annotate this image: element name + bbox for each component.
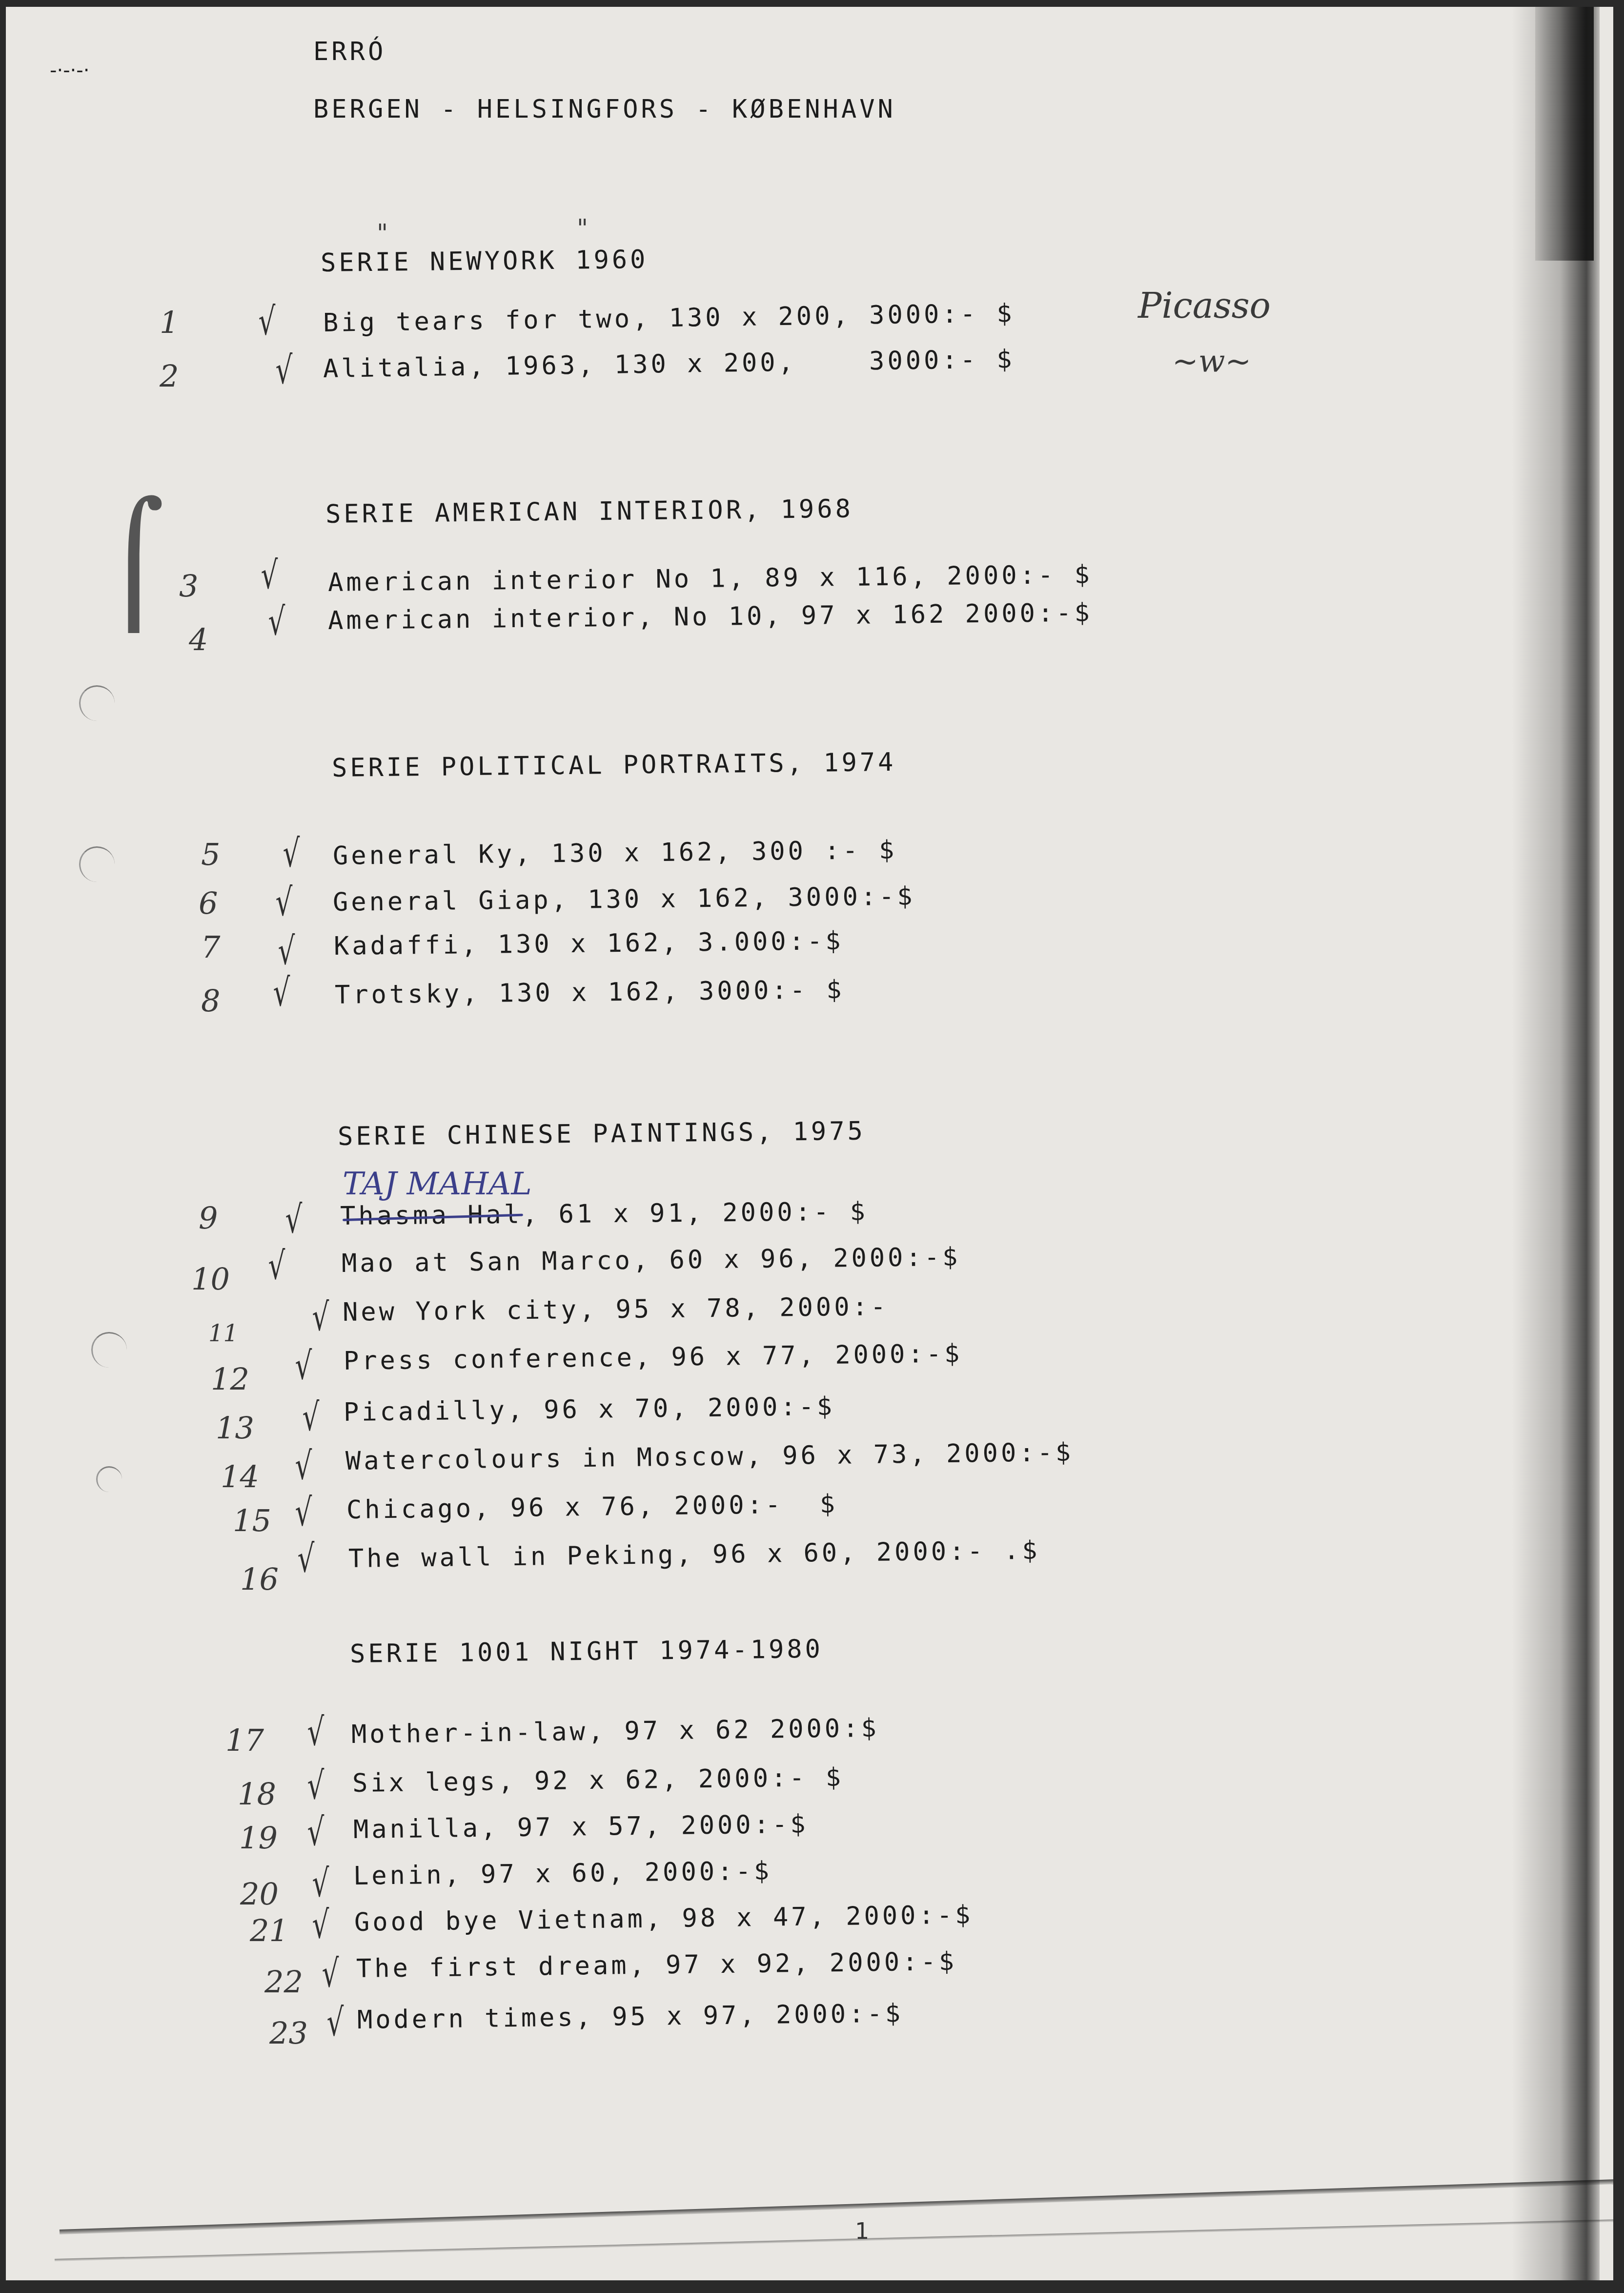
item-number: 3 [179, 568, 198, 604]
checkmark-icon: √ [307, 1710, 324, 1754]
artwork-entry: Modern times, 95 x 97, 2000:-$ [357, 1999, 904, 2035]
item-number: 9 [199, 1200, 218, 1236]
checkmark-icon: √ [283, 832, 300, 876]
artwork-entry: Chicago, 96 x 76, 2000:- $ [346, 1490, 838, 1525]
series-title: SERIE AMERICAN INTERIOR, 1968 [325, 494, 853, 529]
item-number: 10 [191, 1261, 230, 1297]
item-number: 15 [233, 1503, 271, 1538]
taj-mahal-correction: TAJ MAHAL [343, 1166, 532, 1202]
item-number: 22 [264, 1964, 303, 2000]
artwork-entry: Kadaffi, 130 x 162, 3.000:-$ [334, 926, 844, 961]
item-number: 6 [199, 885, 218, 921]
checkmark-icon: √ [307, 1810, 324, 1854]
artwork-entry: Good bye Vietnam, 98 x 47, 2000:-$ [354, 1901, 974, 1937]
artwork-entry: Trotsky, 130 x 162, 3000:- $ [335, 975, 845, 1010]
item-number: 4 [189, 622, 208, 657]
checkmark-icon: √ [261, 553, 278, 597]
checkmark-icon: √ [278, 929, 295, 973]
punch-hole [91, 1332, 127, 1368]
checkmark-icon: √ [312, 1295, 329, 1339]
series-title: SERIE POLITICAL PORTRAITS, 1974 [332, 748, 896, 783]
checkmark-icon: √ [322, 1952, 339, 1996]
item-number: 5 [201, 837, 220, 872]
artwork-entry: Manilla, 97 x 57, 2000:-$ [353, 1810, 809, 1844]
artwork-entry: Watercolours in Moscow, 96 x 73, 2000:-$ [345, 1438, 1074, 1476]
artwork-entry: Thasma Hal, 61 x 91, 2000:- $ [340, 1197, 868, 1231]
artwork-entry: Big tears for two, 130 x 200, 3000:- $ [323, 299, 1015, 338]
item-number: 14 [221, 1459, 259, 1495]
checkmark-icon: √ [307, 1764, 324, 1808]
artwork-entry: The first dream, 97 x 92, 2000:-$ [356, 1947, 957, 1984]
punch-hole [79, 685, 115, 721]
artwork-entry: American interior, No 10, 97 x 162 2000:… [328, 598, 1093, 635]
checkmark-icon: √ [326, 2001, 344, 2045]
artwork-entry: Picadilly, 96 x 70, 2000:-$ [344, 1392, 835, 1427]
item-number: 12 [211, 1361, 249, 1397]
item-number: 16 [240, 1561, 279, 1597]
item-number: 7 [201, 929, 220, 965]
item-number: 18 [238, 1776, 276, 1812]
checkmark-icon: √ [295, 1491, 312, 1535]
item-number: 13 [216, 1410, 254, 1446]
checkmark-icon: √ [275, 880, 292, 924]
artwork-entry: Press conference, 96 x 77, 2000:-$ [344, 1339, 963, 1376]
item-number: 19 [239, 1820, 278, 1856]
item-number: 2 [160, 358, 179, 394]
checkmark-icon: √ [275, 348, 292, 392]
checkmark-icon: √ [295, 1444, 312, 1488]
artwork-entry: New York city, 95 x 78, 2000:- [343, 1292, 889, 1327]
item-number: 1 [160, 305, 179, 340]
item-number: 20 [240, 1876, 279, 1912]
checkmark-icon: √ [297, 1537, 314, 1581]
checkmark-icon: √ [258, 300, 275, 344]
artwork-entry: Six legs, 92 x 62, 2000:- $ [352, 1763, 844, 1798]
series-title: SERIE 1001 NIGHT 1974-1980 [350, 1635, 824, 1669]
artwork-entry: Mother-in-law, 97 x 62 2000:$ [351, 1714, 880, 1749]
item-number: 21 [250, 1913, 288, 1948]
picasso-annotation: Picasso [1138, 285, 1271, 326]
artwork-entry: Mao at San Marco, 60 x 96, 2000:-$ [342, 1243, 961, 1278]
item-number: 23 [269, 2015, 308, 2051]
series-title: SERIE NEWYORK 1960 [321, 245, 649, 278]
checkmark-icon: √ [295, 1344, 312, 1388]
checkmark-icon: √ [312, 1862, 329, 1905]
squiggle-annotation: ~w~ [1172, 344, 1251, 380]
artist-name: ERRÓ [313, 37, 386, 66]
punch-hole [96, 1466, 122, 1492]
artwork-entry: Lenin, 97 x 60, 2000:-$ [353, 1857, 772, 1891]
quote-mark: " [577, 214, 588, 243]
bracket-scribble: ⌠ [103, 495, 164, 632]
scanned-document-page: -·-·-· ERRÓ BERGEN - HELSINGFORS - KØBEN… [6, 7, 1613, 2280]
artwork-entry: General Giap, 130 x 162, 3000:-$ [333, 882, 915, 917]
checkmark-icon: √ [268, 1244, 285, 1288]
artwork-entry: American interior No 1, 89 x 116, 2000:-… [328, 560, 1093, 597]
checkmark-icon: √ [273, 971, 290, 1015]
artwork-entry: The wall in Peking, 96 x 60, 2000:- .$ [348, 1536, 1040, 1574]
photocopy-edge-shadow [1512, 7, 1600, 2280]
cities-heading: BERGEN - HELSINGFORS - KØBENHAVN [313, 95, 896, 124]
page-number: 1 [855, 2218, 869, 2244]
series-title: SERIE CHINESE PAINTINGS, 1975 [338, 1117, 866, 1151]
quote-mark: " [377, 219, 388, 247]
photocopy-edge-shadow-top [1535, 7, 1594, 261]
item-number: 17 [225, 1722, 264, 1758]
item-number: 8 [201, 983, 220, 1019]
artwork-entry: Alitalia, 1963, 130 x 200, 3000:- $ [323, 345, 1015, 384]
checkmark-icon: √ [302, 1395, 319, 1439]
margin-dash-mark: -·-·-· [50, 60, 89, 82]
item-number: 11 [208, 1320, 238, 1347]
checkmark-icon: √ [312, 1903, 329, 1947]
punch-hole [79, 846, 115, 882]
checkmark-icon: √ [285, 1198, 302, 1242]
artwork-entry: General Ky, 130 x 162, 300 :- $ [333, 836, 897, 871]
checkmark-icon: √ [268, 600, 285, 644]
